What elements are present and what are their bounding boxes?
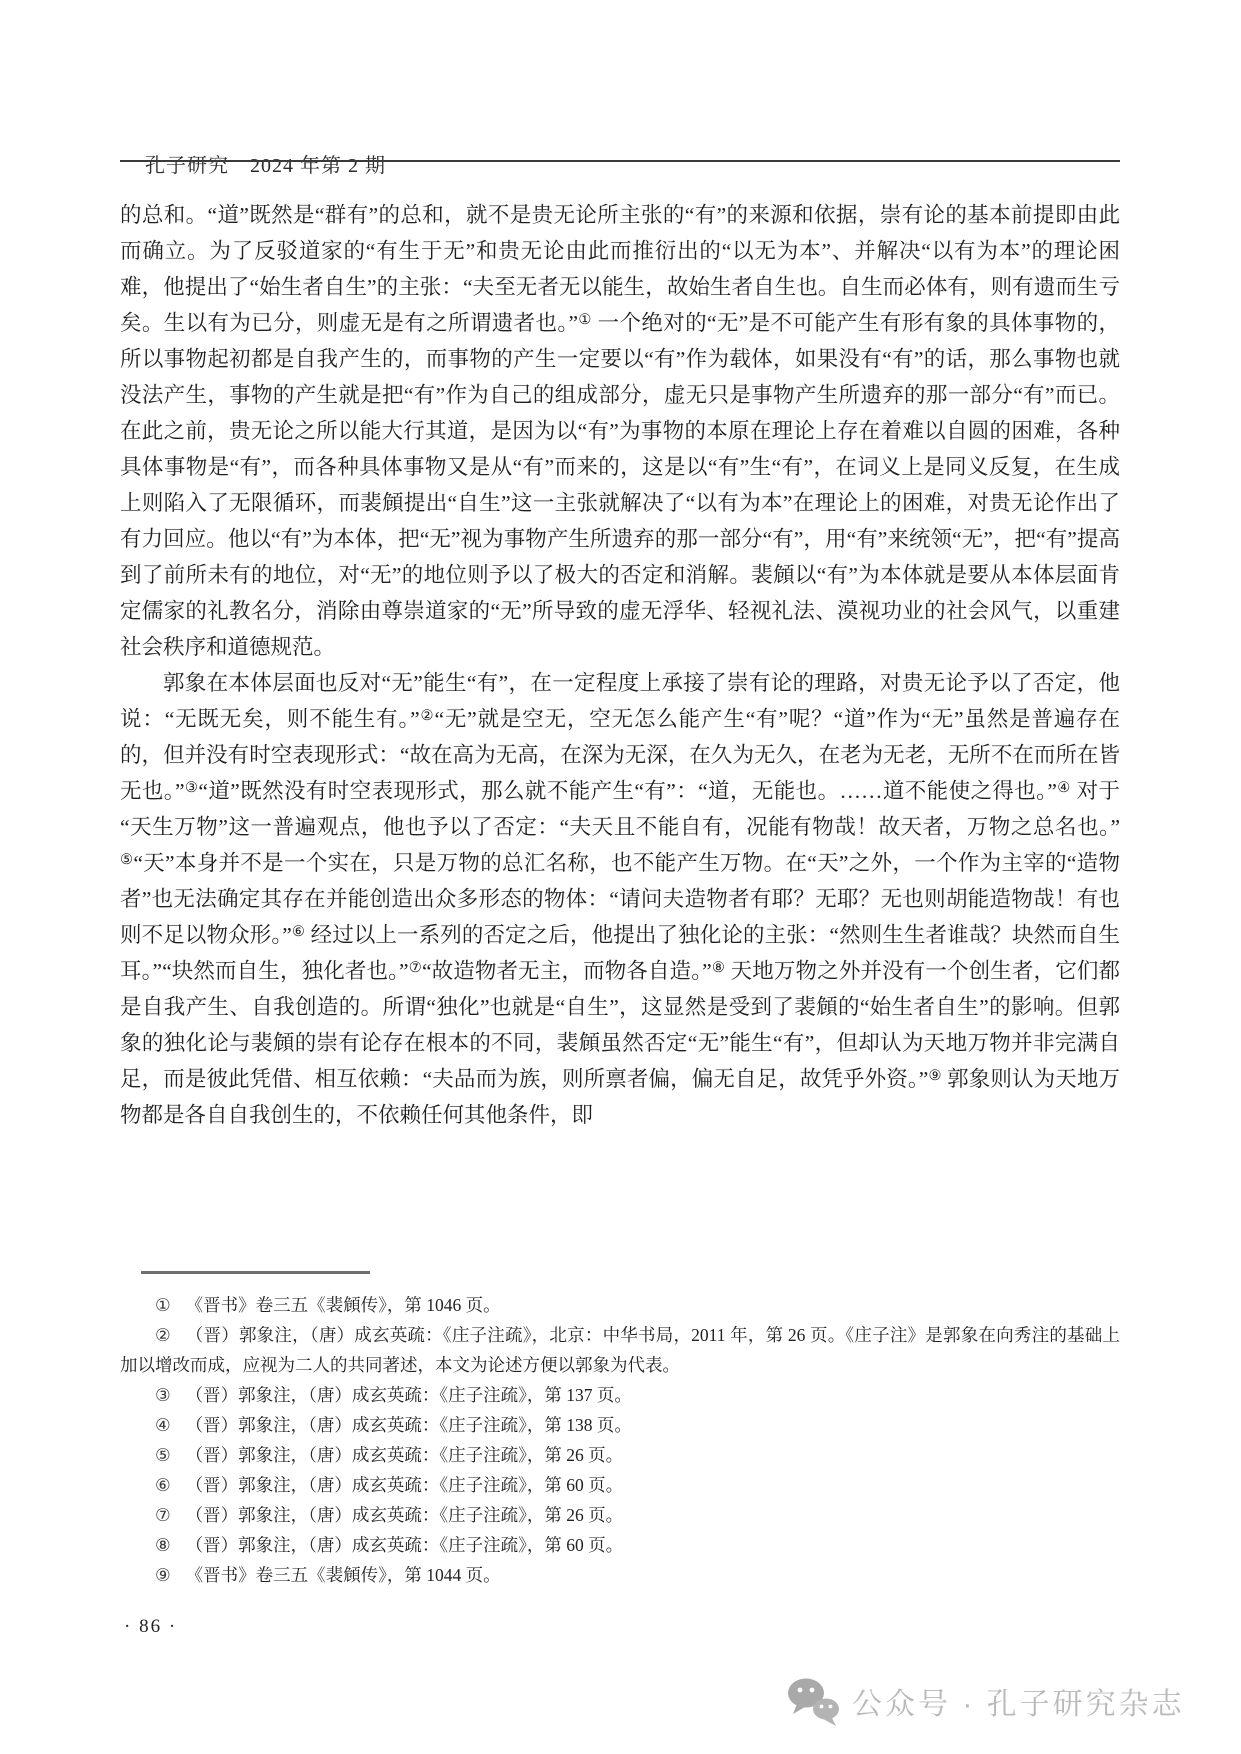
- footnote-text: （晋）郭象注，（唐）成玄英疏：《庄子注疏》，北京：中华书局，2011 年，第 2…: [120, 1325, 1120, 1375]
- footnote-1: ①《晋书》卷三五《裴頠传》，第 1046 页。: [120, 1290, 1120, 1320]
- page-number: · 86 ·: [124, 1616, 177, 1638]
- footnote-marker: ⑦: [155, 1505, 171, 1525]
- footnote-text: （晋）郭象注，（唐）成玄英疏：《庄子注疏》，第 26 页。: [186, 1445, 624, 1465]
- footnote-text: （晋）郭象注，（唐）成玄英疏：《庄子注疏》，第 138 页。: [186, 1415, 632, 1435]
- footnotes-section: ①《晋书》卷三五《裴頠传》，第 1046 页。 ②（晋）郭象注，（唐）成玄英疏：…: [120, 1290, 1120, 1590]
- footnote-text: 《晋书》卷三五《裴頠传》，第 1046 页。: [186, 1295, 501, 1315]
- footnote-text: （晋）郭象注，（唐）成玄英疏：《庄子注疏》，第 60 页。: [186, 1535, 624, 1555]
- footnote-8: ⑧（晋）郭象注，（唐）成玄英疏：《庄子注疏》，第 60 页。: [120, 1530, 1120, 1560]
- footnote-text: （晋）郭象注，（唐）成玄英疏：《庄子注疏》，第 26 页。: [186, 1505, 624, 1525]
- footnote-marker: ①: [155, 1295, 171, 1315]
- footnote-marker: ③: [155, 1385, 171, 1405]
- footnote-3: ③（晋）郭象注，（唐）成玄英疏：《庄子注疏》，第 137 页。: [120, 1380, 1120, 1410]
- header-rule: [120, 160, 1120, 162]
- watermark: 公众号 · 孔子研究杂志: [786, 1676, 1185, 1726]
- footnote-marker: ⑧: [155, 1535, 171, 1555]
- footnote-text: 《晋书》卷三五《裴頠传》，第 1044 页。: [186, 1565, 501, 1585]
- footnote-marker: ⑥: [155, 1475, 171, 1495]
- body-paragraph-1: 的总和。“道”既然是“群有”的总和，就不是贵无论所主张的“有”的来源和依据，崇有…: [120, 197, 1120, 665]
- footnote-2: ②（晋）郭象注，（唐）成玄英疏：《庄子注疏》，北京：中华书局，2011 年，第 …: [120, 1320, 1120, 1380]
- journal-header: 孔子研究 2024 年第 2 期: [121, 126, 386, 201]
- footnote-4: ④（晋）郭象注，（唐）成玄英疏：《庄子注疏》，第 138 页。: [120, 1410, 1120, 1440]
- body-paragraph-2: 郭象在本体层面也反对“无”能生“有”，在一定程度上承接了崇有论的理路，对贵无论予…: [120, 665, 1120, 1133]
- footnote-6: ⑥（晋）郭象注，（唐）成玄英疏：《庄子注疏》，第 60 页。: [120, 1470, 1120, 1500]
- footnote-marker: ②: [155, 1325, 171, 1345]
- page: 孔子研究 2024 年第 2 期 的总和。“道”既然是“群有”的总和，就不是贵无…: [0, 0, 1241, 1754]
- footnote-marker: ⑨: [155, 1565, 171, 1585]
- footnote-7: ⑦（晋）郭象注，（唐）成玄英疏：《庄子注疏》，第 26 页。: [120, 1500, 1120, 1530]
- footnote-marker: ⑤: [155, 1445, 171, 1465]
- footnote-text: （晋）郭象注，（唐）成玄英疏：《庄子注疏》，第 60 页。: [186, 1475, 624, 1495]
- journal-title-issue: 孔子研究 2024 年第 2 期: [145, 155, 386, 177]
- footnote-9: ⑨《晋书》卷三五《裴頠传》，第 1044 页。: [120, 1560, 1120, 1590]
- footnote-separator: [141, 1271, 370, 1274]
- footnote-marker: ④: [155, 1415, 171, 1435]
- wechat-icon: [786, 1676, 840, 1726]
- watermark-text: 公众号 · 孔子研究杂志: [852, 1679, 1185, 1723]
- article-body: 的总和。“道”既然是“群有”的总和，就不是贵无论所主张的“有”的来源和依据，崇有…: [120, 197, 1120, 1133]
- footnote-5: ⑤（晋）郭象注，（唐）成玄英疏：《庄子注疏》，第 26 页。: [120, 1440, 1120, 1470]
- footnote-text: （晋）郭象注，（唐）成玄英疏：《庄子注疏》，第 137 页。: [186, 1385, 632, 1405]
